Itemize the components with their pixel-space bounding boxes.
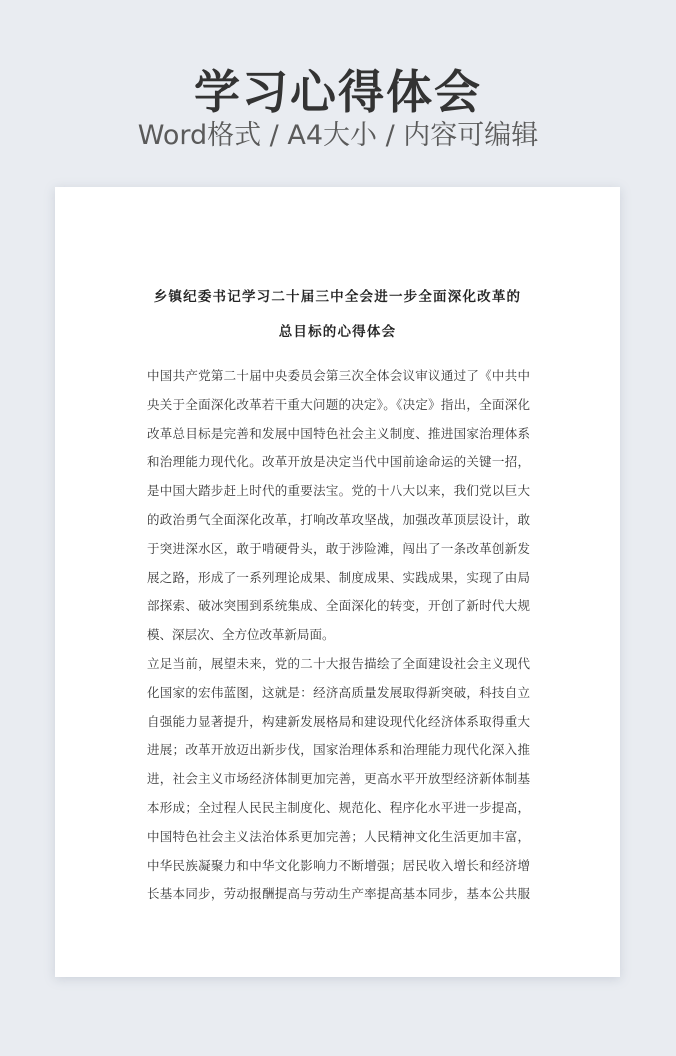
body-line: 模、深层次、全方位改革新局面。 [147, 621, 530, 650]
document-title-line-1: 乡镇纪委书记学习二十届三中全会进一步全面深化改革的 [55, 285, 620, 305]
body-line: 于突进深水区，敢于啃硬骨头，敢于涉险滩，闯出了一条改革创新发 [147, 535, 530, 564]
body-line: 自强能力显著提升，构建新发展格局和建设现代化经济体系取得重大 [147, 708, 530, 737]
body-line: 进展；改革开放迈出新步伐，国家治理体系和治理能力现代化深入推 [147, 736, 530, 765]
body-line: 和治理能力现代化。改革开放是决定当代中国前途命运的关键一招， [147, 448, 530, 477]
body-line: 部探索、破冰突围到系统集成、全面深化的转变，开创了新时代大规 [147, 592, 530, 621]
body-line: 立足当前，展望未来，党的二十大报告描绘了全面建设社会主义现代 [147, 650, 530, 679]
body-line: 中国共产党第二十届中央委员会第三次全体会议审议通过了《中共中 [147, 362, 530, 391]
body-line: 的政治勇气全面深化改革，打响改革攻坚战，加强改革顶层设计，敢 [147, 506, 530, 535]
body-line: 本形成；全过程人民民主制度化、规范化、程序化水平进一步提高， [147, 794, 530, 823]
body-line: 中国特色社会主义法治体系更加完善；人民精神文化生活更加丰富， [147, 823, 530, 852]
document-body: 中国共产党第二十届中央委员会第三次全体会议审议通过了《中共中 央关于全面深化改革… [147, 362, 530, 909]
promo-subtitle: Word格式 / A4大小 / 内容可编辑 [0, 118, 676, 154]
body-line: 展之路，形成了一系列理论成果、制度成果、实践成果，实现了由局 [147, 564, 530, 593]
body-line: 改革总目标是完善和发展中国特色社会主义制度、推进国家治理体系 [147, 420, 530, 449]
body-line: 是中国大踏步赶上时代的重要法宝。党的十八大以来，我们党以巨大 [147, 477, 530, 506]
body-line: 进，社会主义市场经济体制更加完善，更高水平开放型经济新体制基 [147, 765, 530, 794]
body-line: 中华民族凝聚力和中华文化影响力不断增强；居民收入增长和经济增 [147, 852, 530, 881]
promo-title: 学习心得体会 [0, 64, 676, 120]
body-line: 央关于全面深化改革若干重大问题的决定》。《决定》指出，全面深化 [147, 391, 530, 420]
body-line: 长基本同步，劳动报酬提高与劳动生产率提高基本同步，基本公共服 [147, 880, 530, 909]
document-page: 乡镇纪委书记学习二十届三中全会进一步全面深化改革的 总目标的心得体会 中国共产党… [55, 187, 620, 977]
document-title-line-2: 总目标的心得体会 [55, 320, 620, 340]
body-line: 化国家的宏伟蓝图，这就是：经济高质量发展取得新突破，科技自立 [147, 679, 530, 708]
